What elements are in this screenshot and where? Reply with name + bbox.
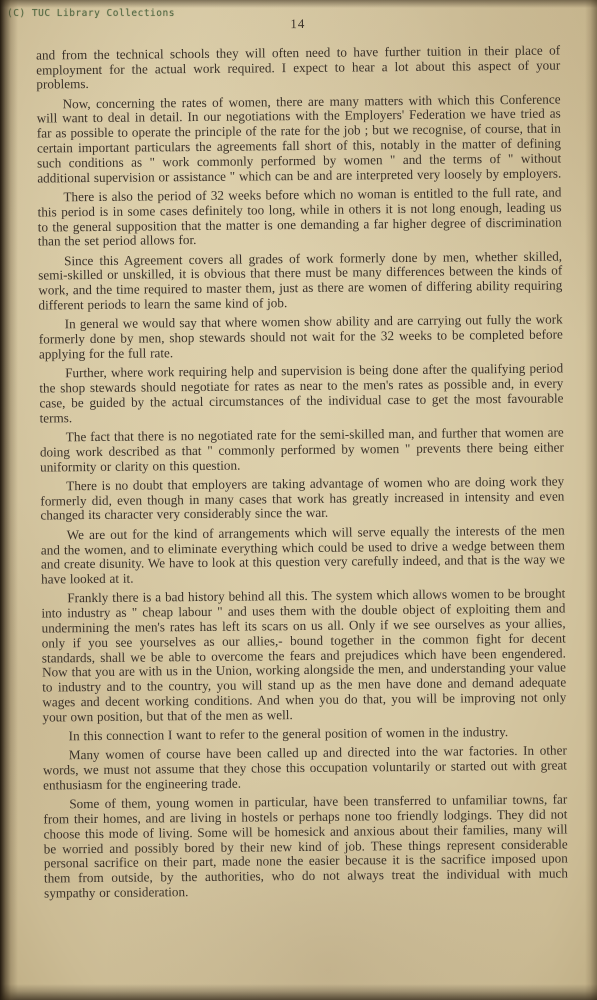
paragraph: Further, where work requiring help and s… (39, 362, 564, 426)
page-edge-shadow-right (585, 0, 597, 1000)
paragraph: There is also the period of 32 weeks bef… (37, 185, 562, 249)
paragraph: The fact that there is no negotiated rat… (40, 425, 564, 474)
page-body: 14 and from the technical schools they w… (36, 15, 568, 906)
paragraph: Frankly there is a bad history behind al… (41, 587, 566, 725)
paragraph: We are out for the kind of arrangements … (41, 523, 566, 587)
library-watermark: (C) TUC Library Collections (7, 8, 175, 19)
paragraph: Many women of course have been called up… (43, 744, 567, 793)
page-edge-shadow-bottom (0, 984, 597, 1000)
scanned-document-page: (C) TUC Library Collections 14 and from … (0, 0, 597, 1000)
paragraph: In this connection I want to refer to th… (43, 725, 567, 745)
paragraph: There is no doubt that employers are tak… (40, 474, 564, 523)
paragraph: Some of them, young women in particular,… (43, 793, 568, 902)
paragraph: Now, concerning the rates of women, ther… (37, 92, 562, 186)
page-edge-shadow-top (0, 0, 597, 8)
paragraph: Since this Agreement covers all grades o… (38, 249, 563, 313)
paragraph: In general we would say that where women… (39, 313, 563, 362)
page-edge-shadow-left (0, 0, 18, 1000)
paragraph: and from the technical schools they will… (36, 43, 560, 92)
